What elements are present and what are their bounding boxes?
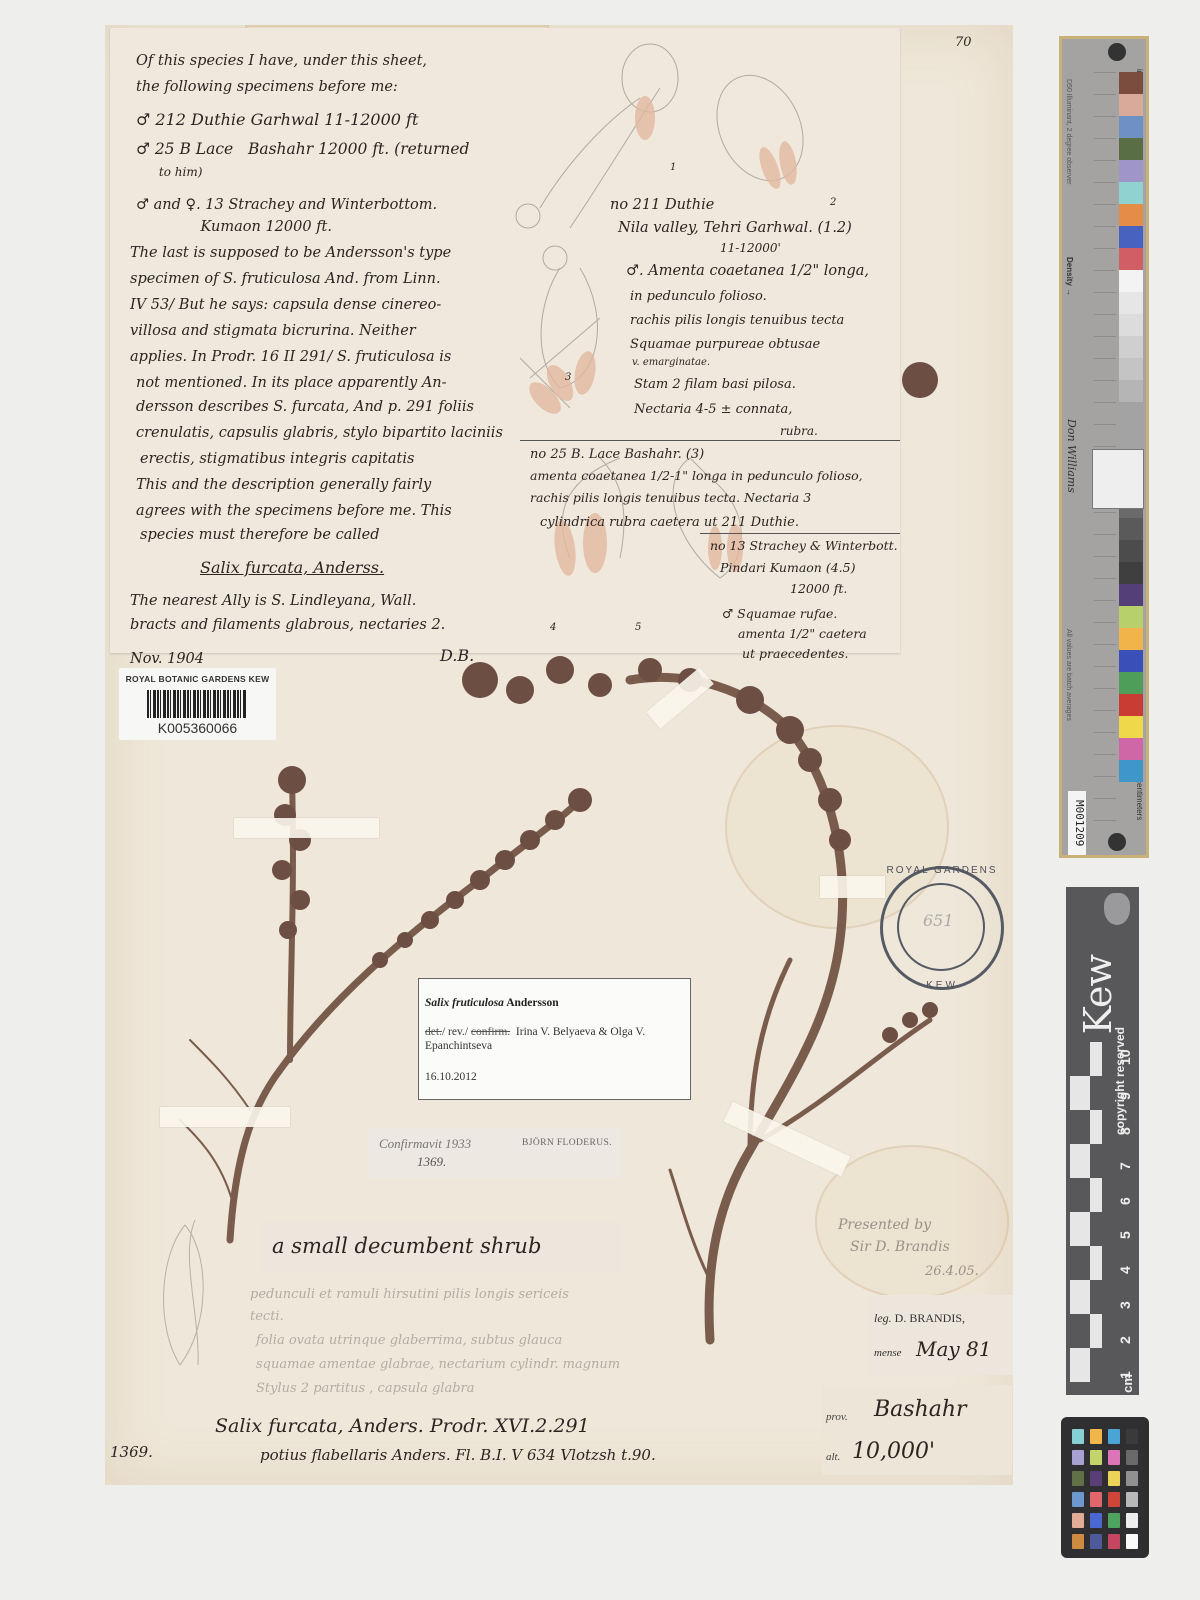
handwritten-notes-sheet: Of this species I have, under this sheet…: [110, 28, 900, 653]
note-line: amenta coaetanea 1/2-1" longa in peduncu…: [530, 470, 863, 483]
note-line: Nectaria 4-5 ± connata,: [634, 403, 792, 416]
chart-brand: Don Williams: [1065, 419, 1078, 493]
scale-block: [1090, 1212, 1102, 1246]
scale-tick: 2: [1117, 1326, 1143, 1344]
note-line: no 25 B. Lace Bashahr. (3): [530, 448, 704, 461]
color-patch: [1119, 138, 1143, 160]
note-line: 11-12000': [720, 242, 781, 254]
color-patch: [1119, 738, 1143, 760]
note-line: no 211 Duthie: [610, 198, 714, 213]
color-patch: [1119, 380, 1143, 402]
note-line: specimen of S. fruticulosa And. from Lin…: [130, 272, 441, 287]
scale-tick: 10: [1117, 1047, 1143, 1065]
checker-cell: [1072, 1513, 1084, 1528]
checker-cell: [1090, 1534, 1102, 1549]
checker-cell: [1108, 1429, 1120, 1444]
scale-tick: 5: [1117, 1221, 1143, 1239]
determination-line: det./ rev./ confirm. Irina V. Belyaeva &…: [425, 1025, 685, 1054]
note-line: Stam 2 filam basi pilosa.: [634, 378, 796, 391]
color-patch: [1119, 226, 1143, 248]
collection-month: May 81: [916, 1339, 992, 1359]
color-patch: [1119, 584, 1143, 606]
divider: [520, 440, 900, 441]
kew-scale-bar: Kew copyright reserved 1 2 3 4 5 6 7 8 9…: [1066, 887, 1139, 1395]
note-line: erectis, stigmatibus integris capitatis: [140, 452, 414, 467]
note-line-title: Salix furcata, Anderss.: [200, 560, 384, 576]
checker-cell: [1072, 1492, 1084, 1507]
altitude: 10,000': [852, 1441, 935, 1463]
note-line: not mentioned. In its place apparently A…: [136, 376, 447, 391]
taxon-binomial: Salix fruticulosa: [425, 997, 504, 1009]
determination-label: Salix fruticulosa Andersson det./ rev./ …: [418, 978, 691, 1100]
scale-tick: 3: [1117, 1291, 1143, 1309]
status-confirm: confirm.: [471, 1026, 510, 1038]
note-line: The nearest Ally is S. Lindleyana, Wall.: [130, 594, 416, 609]
note-line: IV 53/ But he says: capsula dense cinere…: [130, 298, 441, 313]
note-line: applies. In Prodr. 16 II 291/ S. fruticu…: [130, 350, 451, 365]
color-patch: [1119, 672, 1143, 694]
checker-cell: [1108, 1471, 1120, 1486]
scale-block: [1090, 1076, 1102, 1110]
note-line: to him): [136, 166, 202, 178]
note-line: crenulatis, capsulis glabris, stylo bipa…: [136, 426, 503, 441]
scale-numbers: 1 2 3 4 5 6 7 8 9 10: [1121, 1043, 1139, 1383]
checker-cell: [1126, 1450, 1138, 1465]
stamp-number: 651: [923, 911, 954, 930]
chart-dot-icon: [1108, 833, 1126, 851]
color-patch: [1119, 606, 1143, 628]
scale-unit: cm: [1120, 1374, 1135, 1393]
scale-tick: 7: [1117, 1152, 1143, 1170]
note-line: Kumaon 12000 ft.: [136, 220, 332, 235]
color-patch: [1119, 402, 1143, 452]
checker-cell: [1090, 1471, 1102, 1486]
checker-cell: [1072, 1534, 1084, 1549]
color-calibration-chart: inches centimeters D50 Illuminant, 2 deg…: [1059, 36, 1149, 858]
pencil-note: tecti.: [250, 1310, 284, 1323]
kew-stamp: ROYAL GARDENS 651 KEW: [880, 866, 1004, 990]
note-line: 12000 ft.: [790, 583, 847, 596]
note-line: cylindrica rubra caetera ut 211 Duthie.: [540, 516, 799, 529]
color-patch: [1119, 160, 1143, 182]
checker-cell: [1090, 1450, 1102, 1465]
leaf-sketch-icon: [150, 1215, 220, 1375]
chart-subtitle: centimeters: [1135, 779, 1144, 820]
note-line: ♂. Amenta coaetanea 1/2" longa,: [626, 264, 869, 279]
note-line: Pindari Kumaon (4.5): [720, 562, 855, 575]
cm-scale: [1070, 1042, 1102, 1382]
prov-prefix: prov.: [826, 1411, 848, 1423]
color-patch: [1119, 72, 1143, 94]
checker-cell: [1126, 1534, 1138, 1549]
note-line: v. emarginatae.: [632, 358, 710, 368]
chart-illuminant: D50 Illuminant, 2 degree observer: [1065, 79, 1072, 184]
color-patch: [1119, 204, 1143, 226]
chart-note: All values are batch averages: [1065, 629, 1072, 721]
note-line: This and the description generally fairl…: [136, 478, 431, 493]
chart-code: M001209: [1068, 791, 1086, 855]
color-patch: [1119, 540, 1143, 562]
scale-block: [1070, 1314, 1090, 1348]
scale-block: [1070, 1246, 1090, 1280]
leg-line: leg. D. BRANDIS,: [874, 1311, 965, 1326]
scale-tick: 9: [1117, 1082, 1143, 1100]
color-patch: [1119, 182, 1143, 204]
mense-prefix: mense: [874, 1347, 902, 1359]
confirmavit-text: Confirmavit 1933: [379, 1136, 471, 1152]
note-line: agrees with the specimens before me. Thi…: [136, 504, 452, 519]
taxon-name: Salix fruticulosa Andersson: [425, 997, 559, 1009]
status-det: det.: [425, 1026, 442, 1038]
leg-prefix: leg.: [874, 1311, 892, 1325]
checker-cell: [1126, 1471, 1138, 1486]
stamp-top-text: ROYAL GARDENS: [883, 865, 1001, 876]
note-line: rachis pilis longis tenuibus tecta: [630, 314, 844, 327]
gray-target: [1092, 449, 1144, 509]
scale-tick: 6: [1117, 1187, 1143, 1205]
color-patch: [1119, 562, 1143, 584]
color-patch: [1119, 518, 1143, 540]
pencil-note: Stylus 2 partitus , capsula glabra: [256, 1382, 475, 1395]
note-line: ♂ 25 B Lace Bashahr 12000 ft. (returned: [136, 142, 469, 158]
checker-cell: [1072, 1471, 1084, 1486]
stamp-bottom-text: KEW: [883, 980, 1001, 991]
color-patch: [1119, 358, 1143, 380]
corner-mark: 70: [955, 36, 972, 49]
scale-tick: 8: [1117, 1117, 1143, 1135]
note-line: ♂ Squamae rufae.: [722, 608, 837, 621]
collector-name: D. BRANDIS,: [895, 1311, 965, 1325]
presented-text: Presented by: [838, 1218, 931, 1232]
prov-label: prov. Bashahr alt. 10,000': [822, 1385, 1012, 1475]
leaf-fragment-icon: [890, 350, 950, 410]
note-line: Of this species I have, under this sheet…: [136, 54, 427, 69]
checker-cell: [1108, 1534, 1120, 1549]
mounting-tape: [234, 818, 379, 838]
scale-block: [1090, 1348, 1102, 1382]
taxon-author: Andersson: [506, 997, 558, 1009]
sketch-number: 1: [670, 163, 676, 173]
province: Bashahr: [874, 1399, 967, 1421]
habit-text: a small decumbent shrub: [272, 1236, 541, 1257]
color-patch: [1119, 760, 1143, 782]
checker-cell: [1108, 1492, 1120, 1507]
checker-cell: [1108, 1513, 1120, 1528]
specimen-number: 1369.: [110, 1445, 153, 1460]
note-line: rachis pilis longis tenuibus tecta. Nect…: [530, 492, 811, 505]
scale-block: [1070, 1178, 1090, 1212]
sketch-number: 3: [565, 373, 571, 383]
density-label: Density →: [1065, 257, 1074, 296]
confirmation-label: Confirmavit 1933 BJÖRN FLODERUS. 1369.: [367, 1128, 622, 1178]
note-line: the following specimens before me:: [136, 80, 398, 95]
mounting-tape: [160, 1107, 290, 1127]
note-line: species must therefore be called: [140, 528, 380, 543]
color-patch: [1119, 94, 1143, 116]
color-patch: [1119, 270, 1143, 292]
note-line: The last is supposed to be Andersson's t…: [130, 246, 451, 261]
note-line: Nila valley, Tehri Garhwal. (1.2): [618, 221, 852, 236]
note-line: in pedunculo folioso.: [630, 290, 767, 303]
kew-logo: Kew: [1076, 955, 1120, 1034]
note-line: Squamae purpureae obtusae: [630, 338, 820, 351]
color-patch: [1119, 694, 1143, 716]
sketch-number: 4: [550, 623, 556, 633]
bottom-annotation-line: Salix furcata, Anders. Prodr. XVI.2.291: [215, 1417, 590, 1436]
pencil-note: squamae amentae glabrae, nectarium cylin…: [256, 1358, 620, 1371]
note-line: ♂ 212 Duthie Garhwal 11-12000 ft: [136, 112, 418, 128]
determination-date: 16.10.2012: [425, 1071, 477, 1083]
note-line: rubra.: [780, 425, 818, 437]
scale-block: [1090, 1280, 1102, 1314]
checker-cell: [1126, 1513, 1138, 1528]
habit-label: a small decumbent shrub: [262, 1222, 622, 1272]
sketch-number: 2: [830, 198, 836, 208]
checker-cell: [1072, 1450, 1084, 1465]
scale-block: [1070, 1110, 1090, 1144]
checker-cell: [1126, 1429, 1138, 1444]
leg-label: leg. D. BRANDIS, mense May 81: [868, 1295, 1013, 1375]
note-line: no 13 Strachey & Winterbott.: [710, 540, 898, 553]
confirmation-number: 1369.: [417, 1154, 446, 1170]
note-line: amenta 1/2" caetera: [738, 628, 867, 641]
color-patch: [1119, 116, 1143, 138]
alt-prefix: alt.: [826, 1451, 840, 1463]
note-line: villosa and stigmata bicrurina. Neither: [130, 324, 416, 339]
color-patch: [1119, 628, 1143, 650]
chart-dot-icon: [1108, 43, 1126, 61]
note-line: dersson describes S. furcata, And p. 291…: [136, 400, 474, 415]
checker-cell: [1108, 1450, 1120, 1465]
color-checker: [1061, 1417, 1149, 1558]
color-patch: [1119, 716, 1143, 738]
color-patch: [1119, 314, 1143, 336]
divider: [700, 533, 900, 534]
scale-block: [1090, 1144, 1102, 1178]
scale-block: [1070, 1042, 1090, 1076]
color-patch: [1119, 650, 1143, 672]
checker-cell: [1126, 1492, 1138, 1507]
mounting-tape: [820, 876, 885, 898]
status-rev: / rev./: [442, 1026, 471, 1038]
color-patches: [1119, 72, 1143, 782]
presented-date: 26.4.05.: [925, 1265, 979, 1278]
checker-cell: [1090, 1513, 1102, 1528]
crest-icon: [1104, 893, 1130, 925]
note-line: bracts and filaments glabrous, nectaries…: [130, 618, 445, 633]
note-line: ♂ and ♀. 13 Strachey and Winterbottom.: [136, 198, 437, 213]
chart-grid: [1094, 72, 1116, 822]
pencil-note: folia ovata utrinque glaberrima, subtus …: [256, 1334, 562, 1347]
checker-cell: [1072, 1429, 1084, 1444]
presenter-name: Sir D. Brandis: [850, 1240, 950, 1254]
color-patch: [1119, 292, 1143, 314]
color-patch: [1119, 248, 1143, 270]
checker-cell: [1090, 1492, 1102, 1507]
color-patch: [1119, 336, 1143, 358]
sketch-number: 5: [635, 623, 641, 633]
bottom-annotation-line: potius flabellaris Anders. Fl. B.I. V 63…: [260, 1448, 656, 1463]
scale-tick: 4: [1117, 1256, 1143, 1274]
pencil-note: pedunculi et ramuli hirsutini pilis long…: [250, 1288, 569, 1301]
checker-cell: [1090, 1429, 1102, 1444]
confirmer-name: BJÖRN FLODERUS.: [522, 1138, 612, 1148]
